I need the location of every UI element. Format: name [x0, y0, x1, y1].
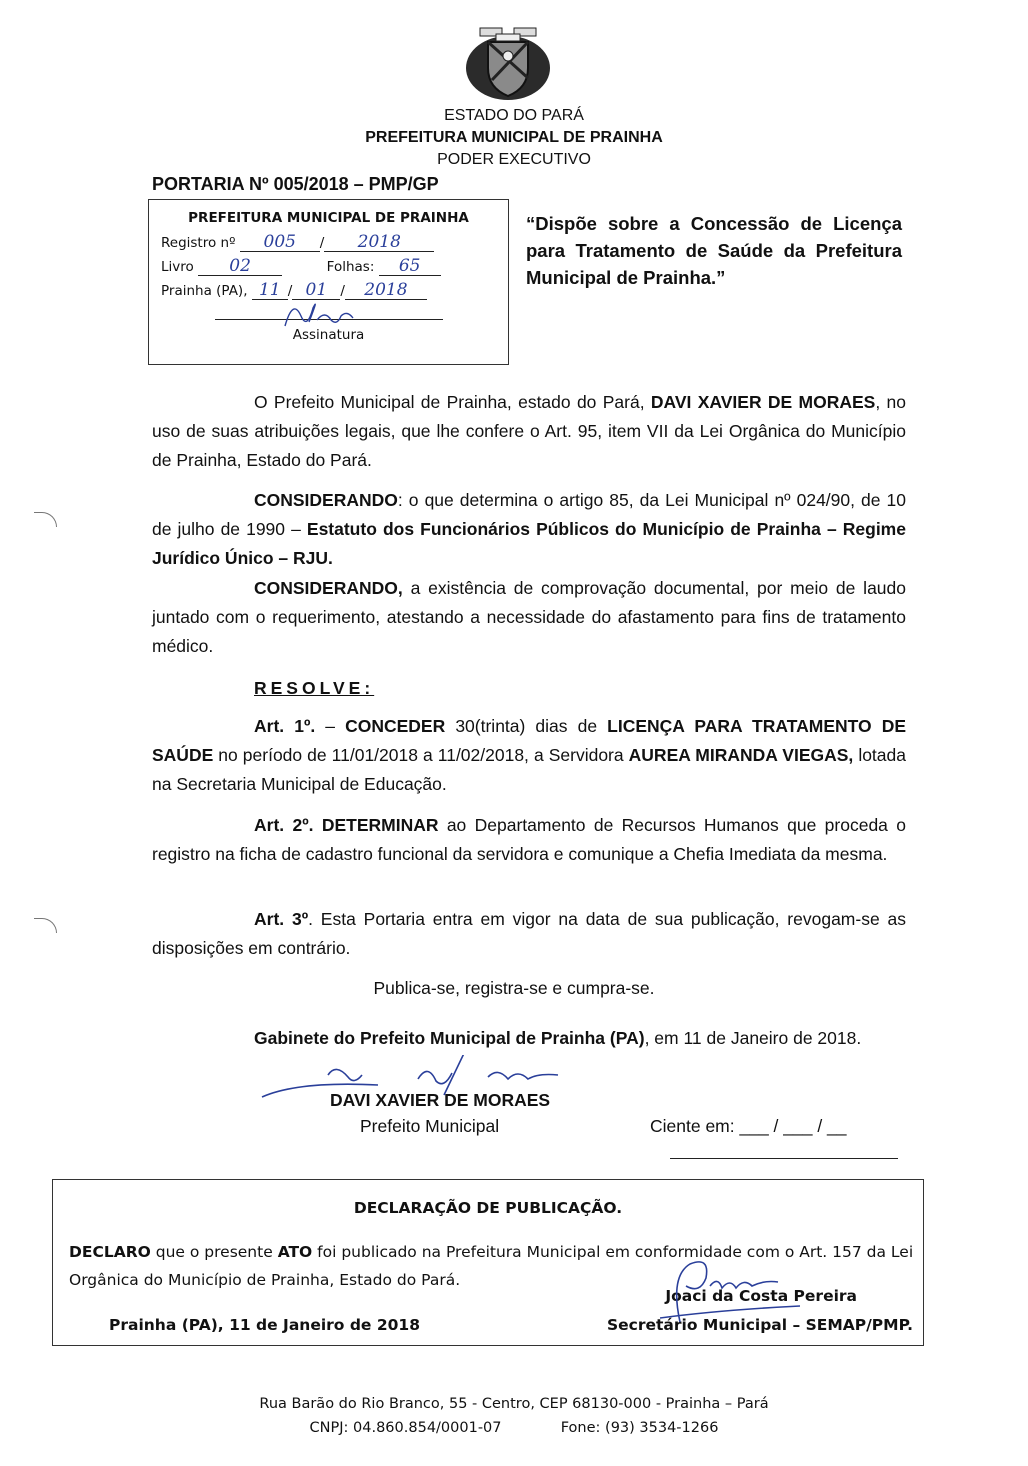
footer-phone: Fone: (93) 3534-1266 — [561, 1420, 719, 1436]
stamp-title: PREFEITURA MUNICIPAL DE PRAINHA — [149, 210, 508, 226]
secretary-signature-scribble — [660, 1256, 810, 1326]
article-1: Art. 1º. – CONCEDER 30(trinta) dias de L… — [152, 712, 906, 799]
ciente-field: Ciente em: ___ / ___ / __ — [650, 1116, 847, 1137]
footer-address: Rua Barão do Rio Branco, 55 - Centro, CE… — [0, 1396, 1028, 1412]
article-2: Art. 2º. DETERMINAR ao Departamento de R… — [152, 811, 906, 869]
declaration-title: DECLARAÇÃO DE PUBLICAÇÃO. — [53, 1199, 923, 1217]
stamp-signature-label: Assinatura — [149, 327, 508, 343]
stamp-livro-row: Livro 02 Folhas: 65 — [161, 257, 441, 276]
considerando-2: CONSIDERANDO, a existência de comprovaçã… — [152, 574, 906, 661]
footer-contact: CNPJ: 04.860.854/0001-07 Fone: (93) 3534… — [0, 1420, 1028, 1436]
livro-value: 02 — [198, 257, 282, 276]
publica-line: Publica-se, registra-se e cumpra-se. — [0, 978, 1028, 999]
registry-stamp: PREFEITURA MUNICIPAL DE PRAINHA Registro… — [148, 199, 509, 365]
preamble: O Prefeito Municipal de Prainha, estado … — [152, 388, 906, 475]
municipal-crest-icon — [462, 18, 554, 102]
ementa: “Dispõe sobre a Concessão de Licença par… — [526, 210, 902, 291]
ciente-signature-line — [670, 1158, 898, 1159]
signer-role: Prefeito Municipal — [360, 1116, 499, 1137]
registro-number: 005 — [240, 233, 320, 252]
header-branch: PODER EXECUTIVO — [0, 150, 1028, 170]
article-3: Art. 3º. Esta Portaria entra em vigor na… — [152, 905, 906, 963]
footer-cnpj: CNPJ: 04.860.854/0001-07 — [310, 1420, 502, 1436]
stamp-registro-row: Registro nº 005/2018 — [161, 233, 434, 252]
header-municipality: PREFEITURA MUNICIPAL DE PRAINHA — [0, 128, 1028, 148]
portaria-title: PORTARIA Nº 005/2018 – PMP/GP — [152, 174, 439, 195]
scan-punch-mark — [34, 512, 57, 527]
scan-punch-mark — [34, 918, 57, 933]
gabinete-line: Gabinete do Prefeito Municipal de Prainh… — [152, 1019, 906, 1057]
mayor-name: DAVI XAVIER DE MORAES — [651, 392, 875, 412]
header-state: ESTADO DO PARÁ — [0, 106, 1028, 126]
declaration-place-date: Prainha (PA), 11 de Janeiro de 2018 — [109, 1316, 420, 1334]
resolve-heading: RESOLVE: — [254, 678, 374, 699]
considerando-1: CONSIDERANDO: o que determina o artigo 8… — [152, 486, 906, 573]
registro-year: 2018 — [324, 233, 434, 252]
signer-name: DAVI XAVIER DE MORAES — [330, 1090, 550, 1111]
folhas-value: 65 — [379, 257, 441, 276]
